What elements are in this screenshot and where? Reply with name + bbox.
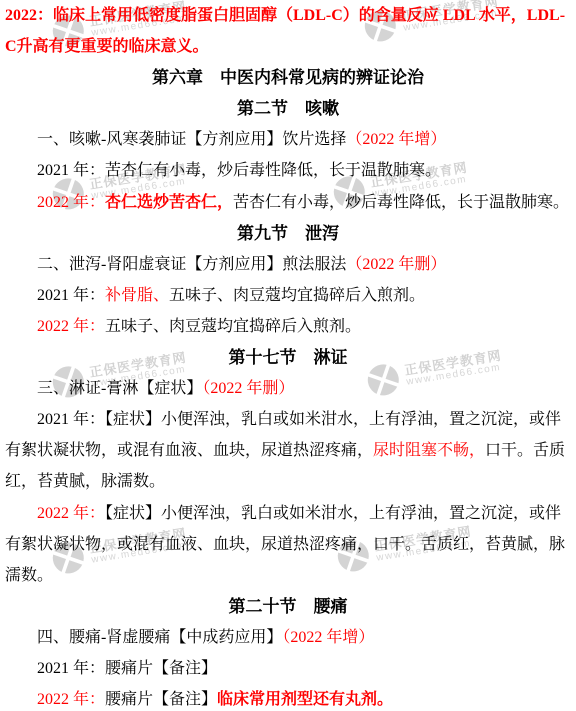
change-tag-2022-added: （2022 年增） — [282, 629, 374, 646]
item-4-title: 四、腰痛-肾虚腰痛【中成药应用】（2022 年增） — [5, 622, 571, 653]
item-3-title: 三、淋证-膏淋【症状】（2022 年删） — [5, 373, 571, 404]
item-1-year-2022: 2022 年：杏仁选炒苦杏仁，苦杏仁有小毒，炒后毒性降低，长于温散肺寒。 — [5, 187, 571, 218]
chapter-heading: 第六章 中医内科常见病的辨证论治 — [5, 62, 571, 93]
section-heading-diarrhea: 第九节 泄泻 — [5, 218, 571, 249]
change-tag-2022-deleted: （2022 年删） — [202, 380, 294, 397]
change-tag-2022-added: （2022 年增） — [346, 131, 446, 148]
item-2-year-2022: 2022 年：五味子、肉豆蔻均宜捣碎后入煎剂。 — [5, 311, 571, 342]
section-heading-stranguria: 第十七节 淋证 — [5, 342, 571, 373]
document-page: 2022：临床上常用低密度脂蛋白胆固醇（LDL-C）的含量反应 LDL 水平，L… — [0, 0, 576, 711]
section-heading-cough: 第二节 咳嗽 — [5, 93, 571, 124]
item-3-year-2022: 2022 年：【症状】小便浑浊，乳白或如米泔水，上有浮油，置之沉淀，或伴有絮状凝… — [5, 498, 571, 591]
change-tag-2022-deleted: （2022 年删） — [346, 256, 446, 273]
item-1-year-2021: 2021 年：苦杏仁有小毒，炒后毒性降低，长于温散肺寒。 — [5, 155, 571, 186]
note-2022-text: 2022：临床上常用低密度脂蛋白胆固醇（LDL-C）的含量反应 LDL 水平，L… — [5, 7, 565, 55]
item-2-title: 二、泄泻-肾阳虚衰证【方剂应用】煎法服法（2022 年删） — [5, 249, 571, 280]
item-4-year-2021: 2021 年：腰痛片【备注】 — [5, 653, 571, 684]
item-4-year-2022: 2022 年：腰痛片【备注】临床常用剂型还有丸剂。 — [5, 684, 571, 711]
section-heading-lumbago: 第二十节 腰痛 — [5, 591, 571, 622]
note-2022-clinical: 2022：临床上常用低密度脂蛋白胆固醇（LDL-C）的含量反应 LDL 水平，L… — [5, 0, 571, 62]
item-1-title: 一、咳嗽-风寒袭肺证【方剂应用】饮片选择（2022 年增） — [5, 124, 571, 155]
item-2-year-2021: 2021 年：补骨脂、五味子、肉豆蔻均宜捣碎后入煎剂。 — [5, 280, 571, 311]
item-3-year-2021: 2021 年：【症状】小便浑浊，乳白或如米泔水，上有浮油，置之沉淀，或伴有絮状凝… — [5, 404, 571, 497]
